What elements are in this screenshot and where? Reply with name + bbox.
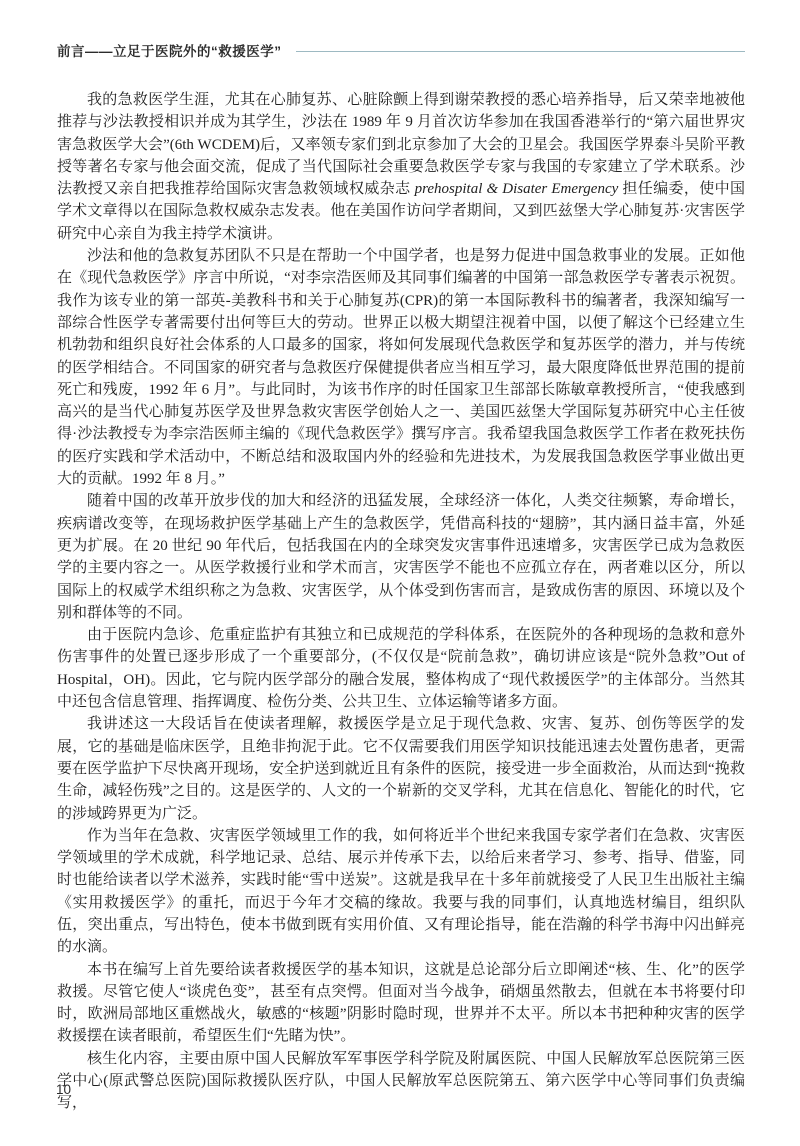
paragraph-text: 我讲述这一大段话旨在使读者理解，救援医学是立足于现代急救、灾害、复苏、创伤等医学… (57, 716, 745, 821)
header-rule (296, 51, 746, 52)
paragraph: 我讲述这一大段话旨在使读者理解，救援医学是立足于现代急救、灾害、复苏、创伤等医学… (57, 713, 745, 824)
paragraph-text: 核生化内容，主要由原中国人民解放军军事医学科学院及附属医院、中国人民解放军总医院… (57, 1051, 745, 1112)
paragraph: 本书在编写上首先要给读者救援医学的基本知识，这就是总论部分后立即阐述“核、生、化… (57, 959, 745, 1048)
document-page: 前言——立足于医院外的“救援医学” 我的急救医学生涯，尤其在心肺复苏、心脏除颤上… (0, 0, 800, 1146)
page-header: 前言——立足于医院外的“救援医学” (57, 40, 745, 60)
paragraph: 作为当年在急救、灾害医学领域里工作的我，如何将近半个世纪来我国专家学者们在急救、… (57, 825, 745, 959)
paragraph-text: 作为当年在急救、灾害医学领域里工作的我，如何将近半个世纪来我国专家学者们在急救、… (57, 828, 745, 955)
paragraph: 我的急救医学生涯，尤其在心肺复苏、心脏除颤上得到谢荣教授的悉心培养指导，后又荣幸… (57, 89, 745, 245)
page-number: 10 (56, 1082, 71, 1097)
journal-name-italic: prehospital & Disater Emergency (415, 181, 619, 197)
paragraph-text: 随着中国的改革开放步伐的加大和经济的迅猛发展，全球经济一体化，人类交往频繁，寿命… (57, 493, 745, 620)
text-body: 我的急救医学生涯，尤其在心肺复苏、心脏除颤上得到谢荣教授的悉心培养指导，后又荣幸… (57, 89, 745, 1115)
paragraph-text: 本书在编写上首先要给读者救援医学的基本知识，这就是总论部分后立即阐述“核、生、化… (57, 962, 745, 1045)
paragraph: 沙法和他的急救复苏团队不只是在帮助一个中国学者，也是努力促进中国急救事业的发展。… (57, 245, 745, 490)
page-title: 前言——立足于医院外的“救援医学” (57, 40, 282, 60)
paragraph-text: 由于医院内急诊、危重症监护有其独立和已成规范的学科体系，在医院外的各种现场的急救… (57, 627, 745, 710)
paragraph-text: 沙法和他的急救复苏团队不只是在帮助一个中国学者，也是努力促进中国急救事业的发展。… (57, 248, 745, 487)
paragraphs-container: 我的急救医学生涯，尤其在心肺复苏、心脏除颤上得到谢荣教授的悉心培养指导，后又荣幸… (57, 89, 745, 1115)
paragraph: 核生化内容，主要由原中国人民解放军军事医学科学院及附属医院、中国人民解放军总医院… (57, 1048, 745, 1115)
paragraph: 随着中国的改革开放步伐的加大和经济的迅猛发展，全球经济一体化，人类交往频繁，寿命… (57, 490, 745, 624)
paragraph: 由于医院内急诊、危重症监护有其独立和已成规范的学科体系，在医院外的各种现场的急救… (57, 624, 745, 713)
